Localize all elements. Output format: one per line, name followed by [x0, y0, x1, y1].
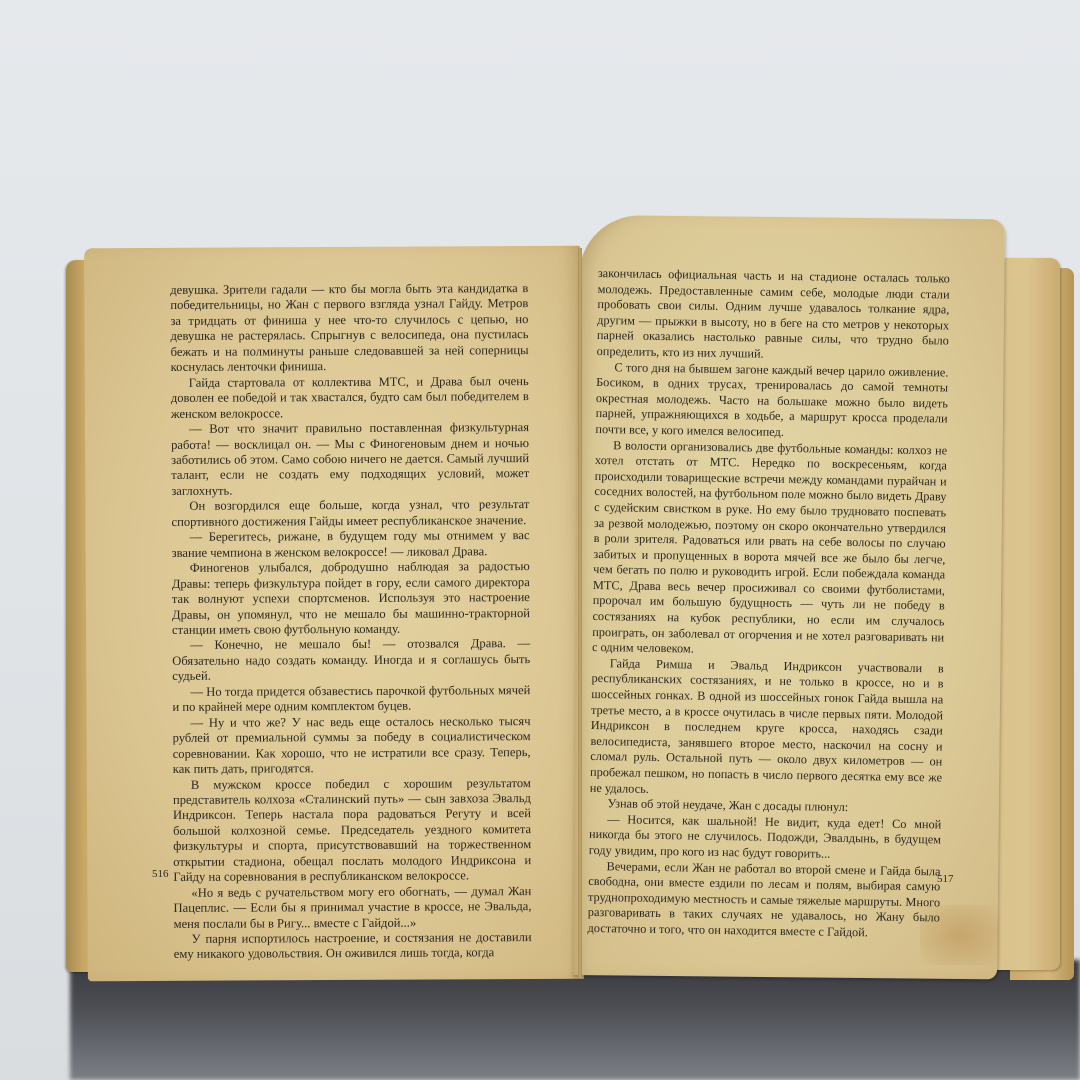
paragraph: Он возгордился еще больше, когда узнал, …	[171, 497, 529, 530]
paragraph: Вечерами, если Жан не работал во второй …	[587, 858, 940, 941]
paragraph: девушка. Зрители гадали — кто бы могла б…	[170, 281, 528, 376]
paragraph: В волости организовались две футбольные …	[592, 438, 947, 662]
paragraph: закончилась официальная часть и на стади…	[597, 266, 950, 365]
left-page-number: 516	[152, 868, 169, 880]
paragraph: «Но я ведь с ручательством могу его обог…	[173, 884, 531, 932]
left-page-text: девушка. Зрители гадали — кто бы могла б…	[170, 281, 532, 963]
paragraph: С того дня на бывшем загоне каждый вечер…	[595, 360, 948, 443]
paragraph: Финогенов улыбался, добродушно наблюдая …	[172, 559, 530, 638]
right-page-number: 517	[937, 873, 954, 885]
paragraph: Гайда Римша и Эвальд Индриксон участвова…	[590, 656, 944, 802]
paragraph: Гайда стартовала от коллектива МТС, и Др…	[171, 374, 529, 422]
photo-scene: девушка. Зрители гадали — кто бы могла б…	[0, 0, 1080, 1080]
paragraph: — Берегитесь, рижане, в будущем году мы …	[172, 528, 530, 561]
paragraph: — Конечно, не мешало бы! — отозвался Дра…	[172, 636, 530, 684]
paragraph: У парня испортилось настроение, и состяз…	[174, 930, 532, 963]
paragraph: — Но тогда придется обзавестись парочкой…	[172, 683, 530, 716]
paragraph: — Носится, как шальной! Не видит, куда е…	[589, 812, 942, 864]
right-page-text: закончилась официальная часть и на стади…	[587, 266, 949, 942]
paragraph: В мужском кроссе победил с хорошим резул…	[173, 776, 532, 886]
book-spine-gutter	[578, 248, 582, 978]
paragraph: — Ну и что же? У нас ведь еще осталось н…	[172, 714, 530, 778]
paragraph: — Вот что значит правильно поставленная …	[171, 420, 529, 499]
